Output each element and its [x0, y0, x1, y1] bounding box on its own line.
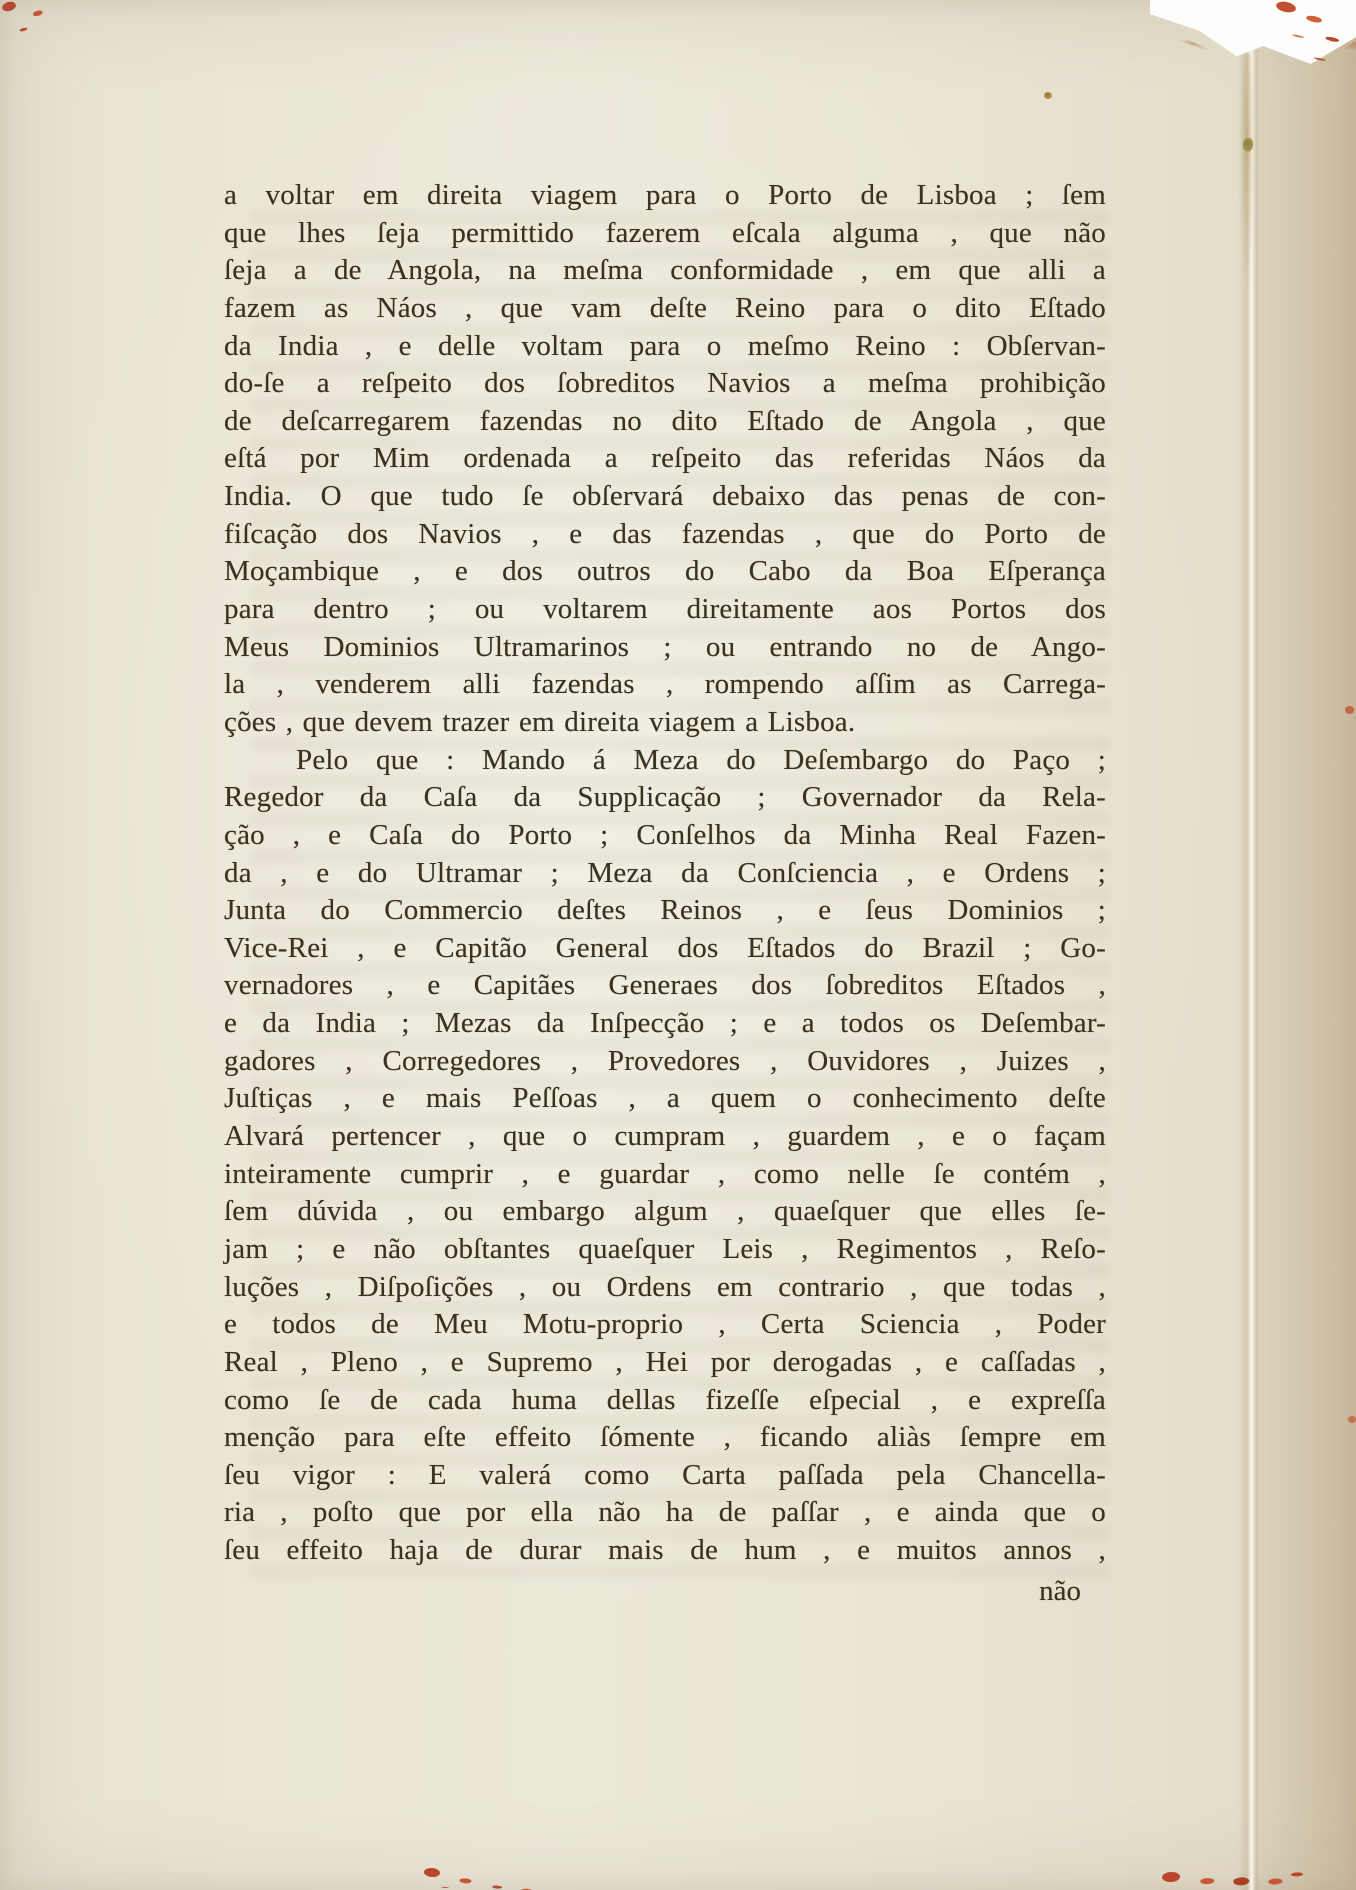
text-line-33: como ſe de cada huma dellas fizeſſe eſpe… [224, 1382, 1106, 1420]
text-line-4: fazem as Náos , que vam deſte Reino para… [224, 290, 1106, 328]
text-line-9: India. O que tudo ſe obſervará debaixo d… [224, 478, 1106, 516]
text-line-25: Juſtiças , e mais Peſſoas , a quem o con… [224, 1080, 1106, 1118]
text-line-34: menção para eſte effeito ſómente , fican… [224, 1419, 1106, 1457]
text-line-30: luções , Diſpoſições , ou Ordens em cont… [224, 1269, 1106, 1307]
text-line-2: que lhes ſeja permittido fazerem eſcala … [224, 215, 1106, 253]
text-line-16: Pelo que : Mando á Meza do Deſembargo do… [224, 742, 1106, 780]
text-line-18: ção , e Caſa do Porto ; Conſelhos da Min… [224, 817, 1106, 855]
text-line-26: Alvará pertencer , que o cumpram , guard… [224, 1118, 1106, 1156]
text-line-20: Junta do Commercio deſtes Reinos , e ſeu… [224, 892, 1106, 930]
text-line-22: vernadores , e Capitães Generaes dos ſob… [224, 967, 1106, 1005]
text-line-21: Vice-Rei , e Capitão General dos Eſtados… [224, 930, 1106, 968]
text-block: a voltar em direita viagem para o Porto … [224, 177, 1106, 1570]
text-line-12: para dentro ; ou voltarem direitamente a… [224, 591, 1106, 629]
text-line-6: do-ſe a reſpeito dos ſobreditos Navios a… [224, 365, 1106, 403]
text-line-36: ria , poſto que por ella não ha de paſſa… [224, 1494, 1106, 1532]
text-line-31: e todos de Meu Motu-proprio , Certa Scie… [224, 1306, 1106, 1344]
text-line-1: a voltar em direita viagem para o Porto … [224, 177, 1106, 215]
text-line-32: Real , Pleno , e Supremo , Hei por derog… [224, 1344, 1106, 1382]
text-line-24: gadores , Corregedores , Provedores , Ou… [224, 1043, 1106, 1081]
fore-edge-shade [1262, 0, 1356, 1890]
crease-stain [1236, 55, 1258, 495]
text-line-15: ções , que devem trazer em direita viage… [224, 704, 1106, 742]
text-line-10: fiſcação dos Navios , e das fazendas , q… [224, 516, 1106, 554]
text-line-7: de deſcarregarem fazendas no dito Eſtado… [224, 403, 1106, 441]
text-line-5: da India , e delle voltam para o meſmo R… [224, 328, 1106, 366]
edge-red-speck [1348, 1416, 1356, 1423]
text-line-27: inteiramente cumprir , e guardar , como … [224, 1156, 1106, 1194]
text-line-28: ſem dúvida , ou embargo algum , quaeſque… [224, 1193, 1106, 1231]
text-line-23: e da India ; Mezas da Inſpecção ; e a to… [224, 1005, 1106, 1043]
text-line-29: jam ; e não obſtantes quaeſquer Leis , R… [224, 1231, 1106, 1269]
text-line-14: la , venderem alli fazendas , rompendo a… [224, 666, 1106, 704]
text-line-3: ſeja a de Angola, na meſma conformidade … [224, 252, 1106, 290]
text-line-37: ſeu effeito haja de durar mais de hum , … [224, 1532, 1106, 1570]
text-line-19: da , e do Ultramar ; Meza da Conſciencia… [224, 855, 1106, 893]
paper-fox-spot [1044, 92, 1052, 99]
text-line-13: Meus Dominios Ultramarinos ; ou entrando… [224, 629, 1106, 667]
text-line-35: ſeu vigor : E valerá como Carta paſſada … [224, 1457, 1106, 1495]
catchword: não [224, 1575, 1081, 1608]
edge-red-speck [1345, 706, 1354, 714]
text-line-8: eſtá por Mim ordenada a reſpeito das ref… [224, 440, 1106, 478]
text-line-11: Moçambique , e dos outros do Cabo da Boa… [224, 553, 1106, 591]
text-line-17: Regedor da Caſa da Supplicação ; Governa… [224, 779, 1106, 817]
